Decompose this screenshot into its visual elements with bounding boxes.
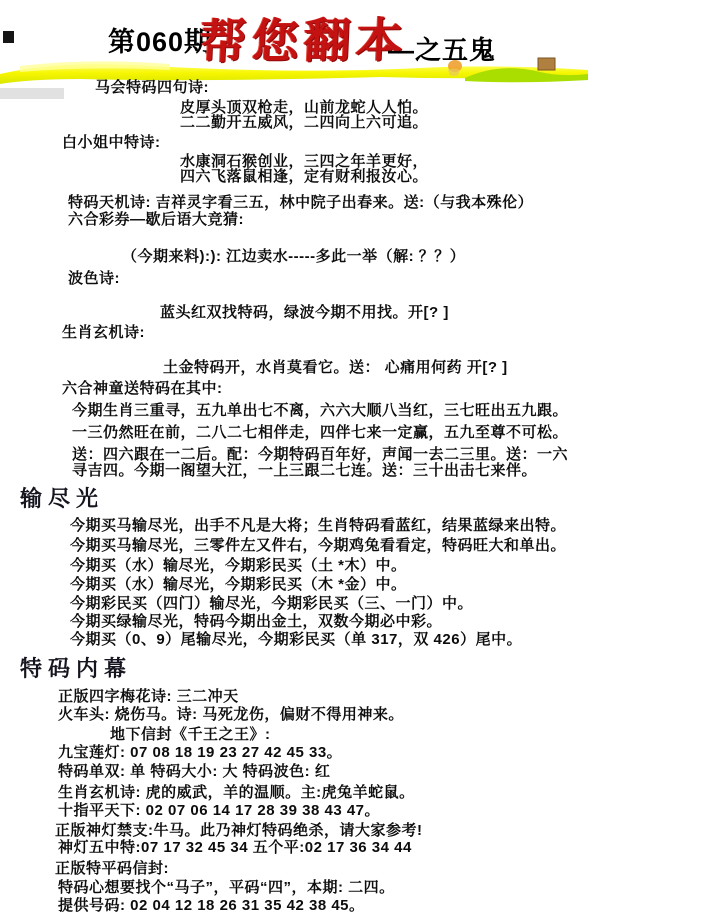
miss-bai-line: 四六飞落鼠相逢，定有财利报汝心。 (180, 167, 428, 187)
horse-poem-line: 二二勤开五威风，二四向上六可追。 (180, 113, 428, 133)
shujinguang-line: 今期买（水）输尽光，今期彩民买（土 *木）中。 (70, 556, 407, 576)
shujinguang-line: 今期买（水）输尽光，今期彩民买（木 *金）中。 (70, 575, 407, 595)
prodigy-line: 寻吉四。今期一阁望大江，一上三跟二七连。送：三十出击七来伴。 (72, 461, 537, 481)
neimu-line: 特码单双: 单 特码大小: 大 特码波色: 红 (58, 762, 330, 782)
riddle-line: （今期来料):): 江边卖水-----多此一举（解: ？？） (122, 247, 465, 267)
neimu-line: 火车头: 烧伤马。诗: 马死龙伤，偏财不得用神来。 (58, 705, 404, 725)
section-title-shujinguang: 输尽光 (20, 482, 104, 513)
shujinguang-line: 今期彩民买（四门）输尽光，今期彩民买（三、一门）中。 (70, 594, 473, 614)
neimu-line: 提供号码: 02 04 12 18 26 31 35 42 38 45。 (58, 896, 365, 916)
neimu-line: 地下信封《千王之王》: (110, 725, 271, 745)
scan-smudge (0, 88, 64, 99)
scan-artifact (3, 31, 14, 43)
riddle-label: 六合彩券—歇后语大竞猜: (68, 210, 244, 230)
shujinguang-line: 今期买（0、9）尾输尽光，今期彩民买（单 317，双 426）尾中。 (70, 630, 522, 650)
neimu-line: 特码心想要找个“马子”，平码“四”，本期: 二四。 (58, 878, 395, 898)
shujinguang-line: 今期买马输尽光，出手不凡是大将；生肖特码看蓝红，结果蓝绿来出特。 (70, 516, 566, 536)
zodiac-line: 土金特码开，水肖莫看它。送： 心痛用何药 开[? ] (163, 358, 508, 378)
ribbon-banner-graphic (0, 54, 590, 90)
wave-color-label: 波色诗: (68, 269, 120, 289)
neimu-line: 十指平天下: 02 07 06 14 17 28 39 38 43 47。 (58, 801, 380, 821)
zodiac-label: 生肖玄机诗: (62, 323, 145, 343)
neimu-line: 九宝莲灯: 07 08 18 19 23 27 42 45 33。 (58, 743, 342, 763)
prodigy-label: 六合神童送特码在其中: (62, 379, 223, 399)
tip-sheet-page: 第060期 帮您翻本 —之五鬼 马会特码四句诗: 皮厚头顶双枪走，山前龙蛇人人怕… (0, 0, 720, 916)
section-title-neimu: 特码内幕 (20, 652, 132, 683)
wave-color-line: 蓝头红双找特码，绿波今期不用找。开[? ] (160, 303, 449, 323)
shujinguang-line: 今期买马输尽光，三零件左又件右，今期鸡兔看看定，特码旺大和单出。 (70, 536, 566, 556)
shujinguang-line: 今期买绿输尽光，特码今期出金土，双数今期必中彩。 (70, 612, 442, 632)
horse-poem-label: 马会特码四句诗: (95, 78, 209, 98)
neimu-line: 正版四字梅花诗: 三二冲天 (58, 687, 239, 707)
neimu-line: 生肖玄机诗: 虎的威武，羊的温顺。主:虎兔羊蛇鼠。 (58, 783, 415, 803)
miss-bai-label: 白小姐中特诗: (62, 133, 161, 153)
neimu-line: 正版特平码信封: (55, 859, 169, 879)
prodigy-line: 一三仍然旺在前，二八二七相伴走，四伴七来一定赢，五九至尊不可松。 (72, 423, 568, 443)
neimu-line: 神灯五中特:07 17 32 45 34 五个平:02 17 36 34 44 (58, 838, 412, 858)
prodigy-line: 今期生肖三重寻，五九单出七不离，六六大顺八当红，三七旺出五九跟。 (72, 401, 568, 421)
